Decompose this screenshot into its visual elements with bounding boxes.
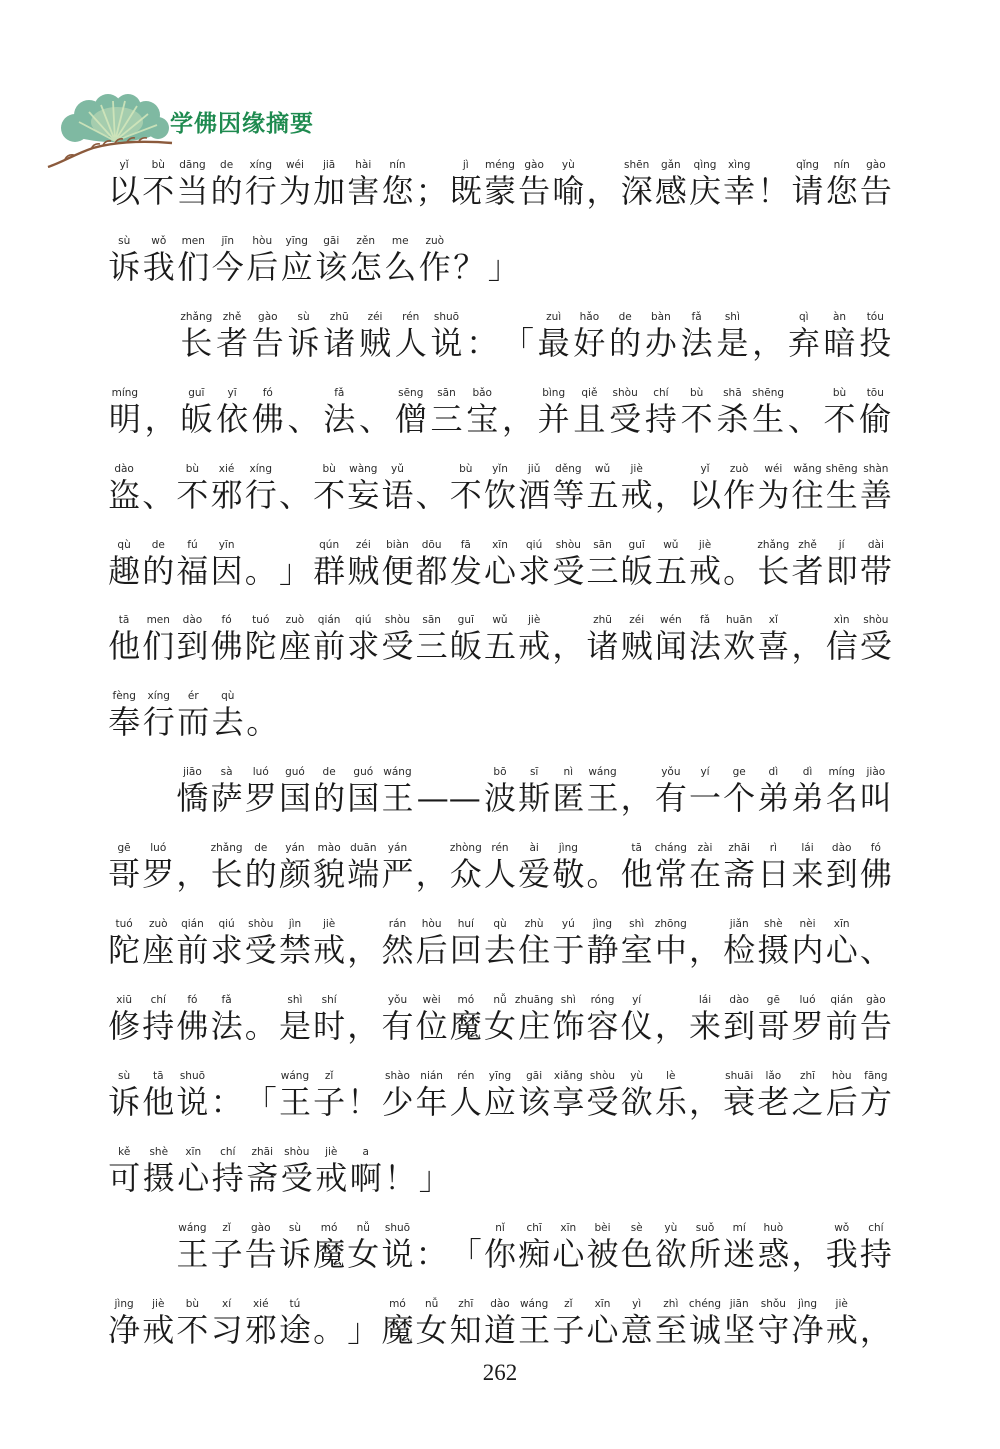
- pinyin: zuò: [730, 462, 749, 477]
- hanzi: 之: [792, 1084, 824, 1120]
- hanzi: ，: [347, 1008, 379, 1044]
- ruby-cell: rán然: [380, 917, 414, 969]
- ruby-cell: xīn心: [176, 1145, 211, 1197]
- pinyin: sù: [297, 310, 309, 325]
- ruby-cell: ，: [346, 917, 380, 969]
- pinyin: yǐn: [492, 462, 508, 477]
- ruby-cell: yán严: [380, 841, 414, 893]
- hanzi: 陀: [108, 932, 140, 968]
- ruby-cell: dì弟: [790, 765, 824, 817]
- ruby-cell: yù欲: [654, 1221, 688, 1273]
- hanzi: 。: [586, 856, 618, 892]
- pinyin: sù: [118, 234, 130, 249]
- hanzi: 仪: [621, 1008, 653, 1044]
- pinyin: fǎ: [222, 993, 232, 1008]
- body-text: yǐ以bù不dāng当de的xíng行wéi为jiā加hài害nín您；jì既m…: [107, 158, 893, 1378]
- ruby-cell: mó魔: [380, 1297, 414, 1349]
- pinyin: wáng: [588, 765, 616, 780]
- hanzi: 说: [430, 325, 462, 361]
- ruby-cell: 、: [859, 917, 893, 969]
- ruby-cell: men们: [141, 613, 175, 665]
- pinyin: yīng: [489, 1069, 511, 1084]
- ruby-cell: fāng方: [859, 1069, 893, 1121]
- text-line: yǐ以bù不dāng当de的xíng行wéi为jiā加hài害nín您；jì既m…: [107, 158, 893, 210]
- hanzi: 三: [586, 553, 618, 589]
- ruby-cell: nǚ女: [483, 993, 517, 1045]
- hanzi: 王: [381, 780, 413, 816]
- ruby-cell: hòu后: [825, 1069, 859, 1121]
- hanzi: 们: [142, 628, 174, 664]
- hanzi: ：: [211, 1084, 243, 1120]
- ruby-cell: dì弟: [756, 765, 790, 817]
- pinyin: wǎng: [793, 462, 821, 477]
- hanzi: 萨: [211, 780, 243, 816]
- hanzi: 在: [689, 856, 721, 892]
- ruby-cell: gē哥: [756, 993, 790, 1045]
- ruby-cell: zhī之: [790, 1069, 824, 1121]
- pinyin: mó: [457, 993, 474, 1008]
- hanzi: 貌: [313, 856, 345, 892]
- pinyin: shàn: [863, 462, 888, 477]
- ruby-cell: yǒu有: [654, 765, 688, 817]
- ruby-cell: ，: [790, 613, 824, 665]
- hanzi: 作: [419, 249, 451, 285]
- hanzi: 年: [416, 1084, 448, 1120]
- hanzi: ，: [347, 932, 379, 968]
- hanzi: 加: [313, 173, 345, 209]
- pinyin: wǒ: [834, 1221, 849, 1236]
- pinyin: jīn: [222, 234, 235, 249]
- ruby-cell: fú福: [175, 538, 209, 590]
- ruby-cell: shòu受: [859, 613, 893, 665]
- ruby-cell: ér而: [176, 689, 211, 741]
- pinyin: nǚ: [425, 1297, 438, 1312]
- ruby-cell: xīn心: [551, 1221, 585, 1273]
- hanzi: 行: [245, 173, 277, 209]
- pinyin: zhuāng: [515, 993, 554, 1008]
- hanzi: ；: [416, 173, 448, 209]
- pinyin: jiè: [836, 1297, 848, 1312]
- pinyin: shì: [725, 310, 740, 325]
- indent-spacer: [141, 765, 175, 817]
- ruby-cell: ，: [654, 462, 688, 514]
- pinyin: rén: [457, 1069, 474, 1084]
- ruby-cell: sù诉: [107, 234, 142, 286]
- ruby-cell: wén闻: [654, 613, 688, 665]
- hanzi: 喜: [757, 628, 789, 664]
- hanzi: 中: [655, 932, 687, 968]
- hanzi: 他: [108, 628, 140, 664]
- ruby-cell: wáng王: [517, 1297, 551, 1349]
- ruby-cell: dào到: [722, 993, 756, 1045]
- hanzi: 既: [450, 173, 482, 209]
- pinyin: zǐ: [222, 1221, 230, 1236]
- ruby-cell: gào告: [517, 158, 551, 210]
- pinyin: bǎo: [472, 386, 492, 401]
- hanzi: 都: [416, 553, 448, 589]
- hanzi: 告: [252, 325, 284, 361]
- pinyin: nèi: [800, 917, 816, 932]
- hanzi: 端: [347, 856, 379, 892]
- hanzi: 求: [211, 932, 243, 968]
- ruby-cell: shòu受: [380, 613, 414, 665]
- indent-spacer: [107, 1221, 141, 1273]
- pinyin: yīn: [219, 538, 235, 553]
- ruby-cell: míng明: [107, 386, 143, 438]
- hanzi: 蒙: [484, 173, 516, 209]
- ruby-cell: 。: [585, 841, 619, 893]
- ruby-cell: rén人: [483, 841, 517, 893]
- pinyin: xīn: [492, 538, 508, 553]
- hanzi: 女: [416, 1312, 448, 1348]
- hanzi: 戒: [313, 932, 345, 968]
- pinyin: qǐng: [796, 158, 819, 173]
- ruby-cell: 」: [487, 234, 522, 286]
- ruby-cell: míng名: [825, 765, 859, 817]
- pinyin: děng: [555, 462, 581, 477]
- hanzi: 来: [689, 1008, 721, 1044]
- hanzi: 哥: [757, 1008, 789, 1044]
- hanzi: ！: [757, 173, 789, 209]
- hanzi: 说: [381, 1236, 413, 1272]
- pinyin: zài: [698, 841, 713, 856]
- pinyin: tuó: [115, 917, 132, 932]
- pinyin: luó: [253, 765, 269, 780]
- ruby-cell: wáng王: [380, 765, 414, 817]
- ruby-cell: zhāi斋: [722, 841, 756, 893]
- pinyin: ge: [733, 765, 746, 780]
- ruby-cell: xié邪: [210, 462, 244, 514]
- ruby-cell: yù欲: [620, 1069, 654, 1121]
- hanzi: 衰: [723, 1084, 755, 1120]
- ruby-cell: ：: [415, 1221, 449, 1273]
- ruby-cell: qián前: [312, 613, 346, 665]
- ruby-cell: jiào叫: [859, 765, 893, 817]
- hanzi: 王: [176, 1236, 208, 1272]
- pinyin: de: [619, 310, 632, 325]
- pinyin: guó: [285, 765, 305, 780]
- pinyin: zhù: [525, 917, 544, 932]
- hanzi: 坚: [723, 1312, 755, 1348]
- pinyin: fó: [187, 993, 197, 1008]
- ruby-cell: mí迷: [722, 1221, 756, 1273]
- hanzi: 的: [609, 325, 641, 361]
- hanzi: 修: [108, 1008, 140, 1044]
- hanzi: 魔: [381, 1312, 413, 1348]
- hanzi: 他: [142, 1084, 174, 1120]
- pinyin: fó: [263, 386, 273, 401]
- hanzi: 戒: [315, 1160, 347, 1196]
- pinyin: chí: [653, 386, 668, 401]
- pinyin: àn: [833, 310, 846, 325]
- ruby-cell: yǐ以: [688, 462, 722, 514]
- ruby-cell: 」: [278, 538, 312, 590]
- ruby-cell: hài害: [346, 158, 380, 210]
- ruby-cell: 、: [141, 462, 175, 514]
- pinyin: jiǔ: [528, 462, 541, 477]
- ruby-cell: 」: [346, 1297, 380, 1349]
- pinyin: yí: [632, 993, 641, 1008]
- pinyin: xiū: [116, 993, 132, 1008]
- text-line: fèng奉xíng行ér而qù去。: [107, 689, 893, 741]
- pinyin: sù: [289, 1221, 301, 1236]
- hanzi: 因: [211, 553, 243, 589]
- ruby-cell: fā发: [449, 538, 483, 590]
- pinyin: zhǎng: [180, 310, 212, 325]
- ruby-cell: fó佛: [175, 993, 209, 1045]
- hanzi: 明: [109, 401, 141, 437]
- hanzi: 于: [552, 932, 584, 968]
- pinyin: bō: [493, 765, 506, 780]
- hanzi: 而: [177, 704, 209, 740]
- pinyin: tā: [631, 841, 642, 856]
- pinyin: xìng: [728, 158, 750, 173]
- pinyin: shuō: [180, 1069, 205, 1084]
- hanzi: 意: [621, 1312, 653, 1348]
- hanzi: 暗: [824, 325, 856, 361]
- ruby-cell: biàn便: [380, 538, 414, 590]
- hanzi: 、: [279, 477, 311, 513]
- pinyin: zhǎng: [757, 538, 789, 553]
- hanzi: 方: [860, 1084, 892, 1120]
- ruby-cell: ！: [756, 158, 790, 210]
- hanzi: 等: [552, 477, 584, 513]
- hanzi: 室: [621, 932, 653, 968]
- ruby-cell: 「: [449, 1221, 483, 1273]
- ruby-cell: dào道: [483, 1297, 517, 1349]
- text-line: jiāo憍sà萨luó罗guó国de的guó国wáng王——bō波sī斯nì匿w…: [107, 765, 893, 817]
- hanzi: ？: [453, 249, 485, 285]
- hanzi: 您: [826, 173, 858, 209]
- pinyin: tú: [290, 1297, 301, 1312]
- hanzi: 行: [245, 477, 277, 513]
- hanzi: 三: [430, 401, 462, 437]
- hanzi: 欢: [723, 628, 755, 664]
- pinyin: jì: [463, 158, 469, 173]
- ruby-cell: shì是: [278, 993, 312, 1045]
- ruby-cell: dāng当: [175, 158, 209, 210]
- ruby-cell: zuò作: [418, 234, 453, 286]
- hanzi: 戒: [826, 1312, 858, 1348]
- pinyin: qù: [117, 538, 130, 553]
- pinyin: suǒ: [696, 1221, 715, 1236]
- ruby-cell: ，: [143, 386, 179, 438]
- hanzi: ，: [792, 628, 824, 664]
- ruby-cell: hòu后: [245, 234, 280, 286]
- hanzi: 饮: [484, 477, 516, 513]
- hanzi: 生: [826, 477, 858, 513]
- hanzi: 者: [216, 325, 248, 361]
- pinyin: shā: [723, 386, 742, 401]
- pinyin: fó: [871, 841, 881, 856]
- ruby-cell: zhòng众: [449, 841, 483, 893]
- hanzi: 心: [826, 932, 858, 968]
- hanzi: 求: [347, 628, 379, 664]
- hanzi: ，: [689, 932, 721, 968]
- pinyin: tóu: [867, 310, 884, 325]
- hanzi: 、: [416, 477, 448, 513]
- ruby-cell: zhǎng长: [210, 841, 244, 893]
- pinyin: de: [254, 841, 267, 856]
- pinyin: fó: [222, 613, 232, 628]
- hanzi: 者: [792, 553, 824, 589]
- ruby-cell: bù不: [175, 462, 209, 514]
- hanzi: 摄: [143, 1160, 175, 1196]
- hanzi: ，: [586, 173, 618, 209]
- pinyin: hǎo: [580, 310, 600, 325]
- hanzi: 人: [450, 1084, 482, 1120]
- hanzi: 邪: [245, 1312, 277, 1348]
- hanzi: 法: [681, 325, 713, 361]
- ruby-cell: qián前: [825, 993, 859, 1045]
- ruby-cell: chéng诚: [688, 1297, 722, 1349]
- pinyin: ài: [529, 841, 538, 856]
- ruby-cell: zhū诸: [585, 613, 619, 665]
- ruby-cell: sān三: [585, 538, 619, 590]
- pinyin: bù: [690, 386, 703, 401]
- ruby-cell: luó罗: [141, 841, 175, 893]
- hanzi: 法: [211, 1008, 243, 1044]
- hanzi: 罗: [245, 780, 277, 816]
- hanzi: 持: [860, 1236, 892, 1272]
- ruby-cell: me么: [383, 234, 418, 286]
- ruby-cell: 、: [278, 462, 312, 514]
- pinyin: guī: [629, 538, 645, 553]
- hanzi: 庆: [689, 173, 721, 209]
- ruby-cell: shā杀: [714, 386, 750, 438]
- ruby-cell: jìn禁: [278, 917, 312, 969]
- text-line: zhǎng长zhě者gào告sù诉zhū诸zéi贼rén人shuō说：「zuì最…: [107, 310, 893, 362]
- hanzi: 住: [518, 932, 550, 968]
- hanzi: ，: [145, 401, 177, 437]
- ruby-cell: yī依: [214, 386, 250, 438]
- hanzi: 日: [757, 856, 789, 892]
- pinyin: wǔ: [492, 613, 507, 628]
- hanzi: 有: [655, 780, 687, 816]
- pinyin: sī: [530, 765, 538, 780]
- hanzi: 诉: [108, 1084, 140, 1120]
- pinyin: qìng: [694, 158, 717, 173]
- hanzi: 回: [450, 932, 482, 968]
- ruby-cell: bù不: [679, 386, 715, 438]
- pinyin: tuó: [252, 613, 269, 628]
- hanzi: 佛: [176, 1008, 208, 1044]
- ruby-cell: fǎ法: [688, 613, 722, 665]
- hanzi: 我: [143, 249, 175, 285]
- pinyin: wéi: [286, 158, 304, 173]
- pinyin: wéi: [764, 462, 782, 477]
- pinyin: fǎ: [334, 386, 344, 401]
- pinyin: guī: [458, 613, 474, 628]
- ruby-cell: tóu投: [857, 310, 893, 362]
- hanzi: 欲: [655, 1236, 687, 1272]
- hanzi: 长: [757, 553, 789, 589]
- pinyin: hòu: [832, 1069, 852, 1084]
- header-ornament: [45, 88, 175, 168]
- hanzi: 名: [826, 780, 858, 816]
- pinyin: zhòng: [450, 841, 482, 856]
- ruby-cell: zǐ子: [551, 1297, 585, 1349]
- hanzi: 戒: [142, 1312, 174, 1348]
- ruby-cell: xiū修: [107, 993, 141, 1045]
- ruby-cell: cháng常: [654, 841, 688, 893]
- ruby-cell: yīng应: [483, 1069, 517, 1121]
- pinyin: tōu: [867, 386, 884, 401]
- ruby-cell: yí一: [688, 765, 722, 817]
- hanzi: 、: [359, 401, 391, 437]
- hanzi: 五: [586, 477, 618, 513]
- pinyin: shì: [561, 993, 576, 1008]
- hanzi: 弃: [788, 325, 820, 361]
- ruby-cell: xìn信: [825, 613, 859, 665]
- pinyin: zuò: [425, 234, 444, 249]
- hanzi: 不: [450, 477, 482, 513]
- hanzi: ：: [466, 325, 498, 361]
- ruby-cell: de的: [141, 538, 175, 590]
- ruby-cell: tuó陀: [107, 917, 141, 969]
- ruby-cell: tōu偷: [857, 386, 893, 438]
- pinyin: jiā: [323, 158, 335, 173]
- ruby-cell: zuò座: [278, 613, 312, 665]
- ruby-cell: shì饰: [551, 993, 585, 1045]
- hanzi: 的: [245, 856, 277, 892]
- hanzi: 投: [859, 325, 891, 361]
- pinyin: shuō: [385, 1221, 410, 1236]
- hanzi: 。: [723, 553, 755, 589]
- hanzi: ：: [416, 1236, 448, 1272]
- ruby-cell: jìng净: [107, 1297, 141, 1349]
- pinyin: shuō: [434, 310, 459, 325]
- hanzi: 受: [281, 1160, 313, 1196]
- pinyin: chī: [526, 1221, 541, 1236]
- pinyin: dōu: [422, 538, 442, 553]
- pinyin: gē: [118, 841, 131, 856]
- pinyin: yán: [285, 841, 304, 856]
- hanzi: 」: [419, 1160, 451, 1196]
- pinyin: jiāo: [183, 765, 202, 780]
- hanzi: 行: [143, 704, 175, 740]
- pinyin: yǔ: [391, 462, 404, 477]
- hanzi: 持: [212, 1160, 244, 1196]
- hanzi: 请: [792, 173, 824, 209]
- hanzi: 女: [484, 1008, 516, 1044]
- pinyin: jìng: [559, 841, 578, 856]
- pinyin: jiè: [528, 613, 540, 628]
- ruby-cell: shào少: [380, 1069, 414, 1121]
- hanzi: 求: [518, 553, 550, 589]
- hanzi: 匿: [552, 780, 584, 816]
- ruby-cell: guī皈: [449, 613, 483, 665]
- ruby-cell: shì是: [714, 310, 750, 362]
- ruby-cell: gǎn感: [654, 158, 688, 210]
- hanzi: 皈: [450, 628, 482, 664]
- hanzi: 子: [313, 1084, 345, 1120]
- pinyin: zhě: [798, 538, 817, 553]
- pinyin: zhī: [458, 1297, 473, 1312]
- pinyin: men: [182, 234, 205, 249]
- ruby-cell: gào告: [250, 310, 286, 362]
- text-line: jìng净jiè戒bù不xí习xié邪tú途。」mó魔nǚ女zhī知dào道wá…: [107, 1297, 893, 1349]
- ruby-cell: zéi贼: [620, 613, 654, 665]
- pinyin: guī: [188, 386, 204, 401]
- pinyin: shēn: [624, 158, 649, 173]
- hanzi: 群: [313, 553, 345, 589]
- pinyin: míng: [828, 765, 854, 780]
- hanzi: 魔: [313, 1236, 345, 1272]
- hanzi: 心: [552, 1236, 584, 1272]
- hanzi: 诉: [279, 1236, 311, 1272]
- hanzi: 即: [826, 553, 858, 589]
